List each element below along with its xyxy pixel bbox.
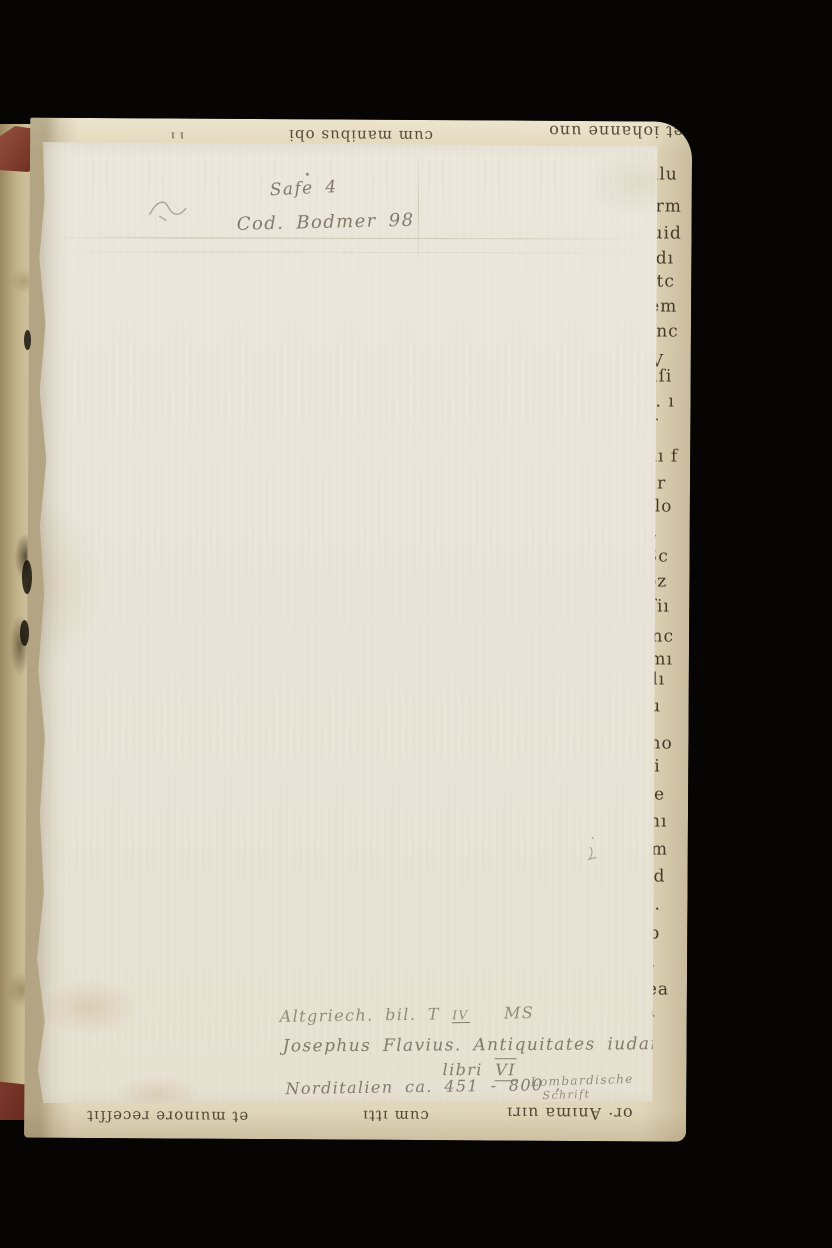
manuscript-text-fragment: et muınore receſſıt [86, 1108, 248, 1124]
flyleaf-page: Safe 4 Cod. Bodmer 98 Altgriech. bil. T … [33, 142, 658, 1105]
paper-crease [48, 237, 645, 240]
pencil-scratch [582, 829, 602, 869]
annotation-series: Altgriech. bil. T IV MS [280, 1005, 535, 1025]
paper-crease [48, 251, 645, 254]
annotation-series-ms: MS [504, 1003, 534, 1022]
annotation-script-type-2: Schrift [542, 1089, 590, 1102]
gutter-gap [20, 620, 29, 646]
annotation-author-title: Josephus Flavius. Antiquitates iudaicae [283, 1036, 692, 1055]
codex-photograph: ı ıcum manibus obiet iohanne uno ılurmui… [0, 0, 832, 1248]
manuscript-text-top-edge: ı ıcum manibus obiet iohanne uno [30, 118, 692, 122]
manuscript-text-bottom-edge: et muınore receſſıtcum ıttıor· Anıma uır… [30, 118, 692, 122]
gutter-gap [24, 330, 31, 350]
shelfmark-cod-bodmer: Cod. Bodmer 98 [237, 212, 415, 234]
manuscript-text-fragment: cum manibus obi [288, 127, 433, 143]
manuscript-text-right-column: ılurmuidıdıſtcemſncVuſiē. ıſdı farī loı.… [30, 118, 692, 122]
annotation-series-numeral: IV [451, 1008, 469, 1023]
manuscript-text-fragment: or· Anıma uırı [506, 1105, 633, 1122]
manuscript-text-fragment: rm [656, 198, 682, 215]
annotation-origin-date: Norditalien ca. 451 - 800 , [285, 1077, 561, 1097]
gutter-gap [22, 560, 32, 594]
manuscript-text-fragment: cum ıttı [362, 1108, 429, 1123]
manuscript-text-fragment: et iohanne uno [548, 123, 683, 140]
annotation-series-prefix: Altgriech. bil. T [280, 1004, 440, 1025]
pencil-dot [306, 173, 309, 176]
shelfmark-safe: Safe 4 [269, 179, 338, 199]
pencil-squiggle [146, 192, 198, 226]
annotation-script-type: Lombardische [530, 1073, 634, 1088]
manuscript-text-fragment: ı ı [170, 130, 184, 141]
